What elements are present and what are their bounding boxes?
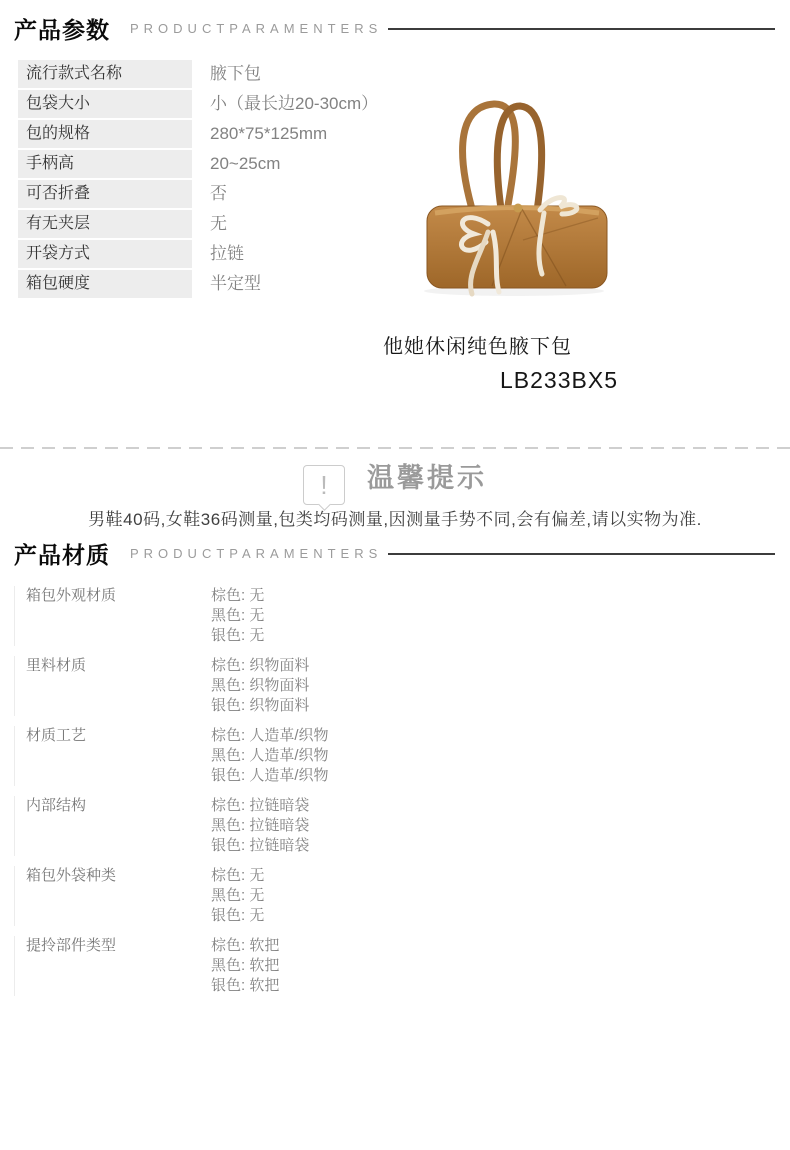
- section-header-rule: [388, 28, 775, 30]
- material-label: 材质工艺: [26, 726, 211, 786]
- material-value: 棕色: 织物面料: [211, 656, 309, 676]
- table-row: 手柄高20~25cm: [18, 150, 378, 180]
- param-label: 有无夹层: [18, 210, 192, 238]
- material-value: 黑色: 无: [211, 886, 264, 906]
- table-row: 开袋方式拉链: [18, 240, 378, 270]
- param-label: 流行款式名称: [18, 60, 192, 88]
- section-header-parameters: 产品参数 PRODUCTPARAMENTERS: [0, 12, 775, 45]
- material-value: 银色: 拉链暗袋: [211, 836, 309, 856]
- table-row: 有无夹层无: [18, 210, 378, 240]
- bag-illustration: [402, 88, 632, 313]
- material-values: 棕色: 无 黑色: 无 银色: 无: [211, 586, 264, 646]
- material-value: 棕色: 软把: [211, 936, 279, 956]
- param-value: 无: [210, 210, 227, 238]
- section-title: 产品材质: [14, 537, 110, 570]
- material-value: 黑色: 人造革/织物: [211, 746, 329, 766]
- dashed-divider: [0, 447, 790, 449]
- section-header-rule: [388, 553, 775, 555]
- material-values: 棕色: 人造革/织物 黑色: 人造革/织物 银色: 人造革/织物: [211, 726, 329, 786]
- section-subtitle: PRODUCTPARAMENTERS: [130, 546, 382, 561]
- product-detail-page: 产品参数 PRODUCTPARAMENTERS 流行款式名称腋下包 包袋大小小（…: [0, 0, 790, 1150]
- table-row: 提拎部件类型 棕色: 软把 黑色: 软把 银色: 软把: [14, 936, 329, 996]
- material-value: 黑色: 无: [211, 606, 264, 626]
- param-value: 拉链: [210, 240, 244, 268]
- param-label: 箱包硬度: [18, 270, 192, 298]
- table-row: 里料材质 棕色: 织物面料 黑色: 织物面料 银色: 织物面料: [14, 656, 329, 716]
- param-value: 20~25cm: [210, 150, 280, 178]
- material-values: 棕色: 拉链暗袋 黑色: 拉链暗袋 银色: 拉链暗袋: [211, 796, 309, 856]
- product-name: 他她休闲纯色腋下包: [383, 330, 572, 359]
- material-label: 提拎部件类型: [26, 936, 211, 996]
- exclamation-bubble-icon: !: [303, 465, 345, 505]
- section-header-materials: 产品材质 PRODUCTPARAMENTERS: [0, 537, 775, 570]
- table-row: 箱包外观材质 棕色: 无 黑色: 无 银色: 无: [14, 586, 329, 646]
- material-value: 棕色: 人造革/织物: [211, 726, 329, 746]
- table-row: 箱包硬度半定型: [18, 270, 378, 300]
- product-photo-bag: [402, 88, 632, 313]
- material-label: 内部结构: [26, 796, 211, 856]
- material-label: 箱包外袋种类: [26, 866, 211, 926]
- param-label: 开袋方式: [18, 240, 192, 268]
- param-value: 280*75*125mm: [210, 120, 327, 148]
- table-row: 流行款式名称腋下包: [18, 60, 378, 90]
- parameters-table: 流行款式名称腋下包 包袋大小小（最长边20-30cm） 包的规格280*75*1…: [18, 60, 378, 300]
- param-value: 半定型: [210, 270, 261, 298]
- table-row: 包的规格280*75*125mm: [18, 120, 378, 150]
- param-label: 包袋大小: [18, 90, 192, 118]
- material-values: 棕色: 无 黑色: 无 银色: 无: [211, 866, 264, 926]
- section-subtitle: PRODUCTPARAMENTERS: [130, 21, 382, 36]
- warm-tips-title: 温馨提示: [367, 456, 487, 495]
- material-value: 银色: 织物面料: [211, 696, 309, 716]
- table-row: 材质工艺 棕色: 人造革/织物 黑色: 人造革/织物 银色: 人造革/织物: [14, 726, 329, 786]
- material-label: 里料材质: [26, 656, 211, 716]
- material-value: 银色: 人造革/织物: [211, 766, 329, 786]
- material-label: 箱包外观材质: [26, 586, 211, 646]
- warm-tips: ! 温馨提示: [0, 456, 790, 505]
- table-row: 可否折叠否: [18, 180, 378, 210]
- material-value: 黑色: 织物面料: [211, 676, 309, 696]
- material-value: 棕色: 拉链暗袋: [211, 796, 309, 816]
- material-value: 黑色: 拉链暗袋: [211, 816, 309, 836]
- material-values: 棕色: 织物面料 黑色: 织物面料 银色: 织物面料: [211, 656, 309, 716]
- table-row: 内部结构 棕色: 拉链暗袋 黑色: 拉链暗袋 银色: 拉链暗袋: [14, 796, 329, 856]
- material-value: 银色: 无: [211, 906, 264, 926]
- param-value: 腋下包: [210, 60, 261, 88]
- param-value: 小（最长边20-30cm）: [210, 90, 378, 118]
- material-value: 黑色: 软把: [211, 956, 279, 976]
- param-label: 包的规格: [18, 120, 192, 148]
- material-value: 银色: 软把: [211, 976, 279, 996]
- product-model-code: LB233BX5: [500, 367, 618, 394]
- material-value: 银色: 无: [211, 626, 264, 646]
- table-row: 箱包外袋种类 棕色: 无 黑色: 无 银色: 无: [14, 866, 329, 926]
- material-values: 棕色: 软把 黑色: 软把 银色: 软把: [211, 936, 279, 996]
- measurement-note: 男鞋40码,女鞋36码测量,包类均码测量,因测量手势不同,会有偏差,请以实物为准…: [0, 505, 790, 530]
- param-value: 否: [210, 180, 227, 208]
- materials-table: 箱包外观材质 棕色: 无 黑色: 无 银色: 无 里料材质 棕色: 织物面料 黑…: [14, 586, 329, 1006]
- param-label: 可否折叠: [18, 180, 192, 208]
- material-value: 棕色: 无: [211, 586, 264, 606]
- param-label: 手柄高: [18, 150, 192, 178]
- section-title: 产品参数: [14, 12, 110, 45]
- table-row: 包袋大小小（最长边20-30cm）: [18, 90, 378, 120]
- material-value: 棕色: 无: [211, 866, 264, 886]
